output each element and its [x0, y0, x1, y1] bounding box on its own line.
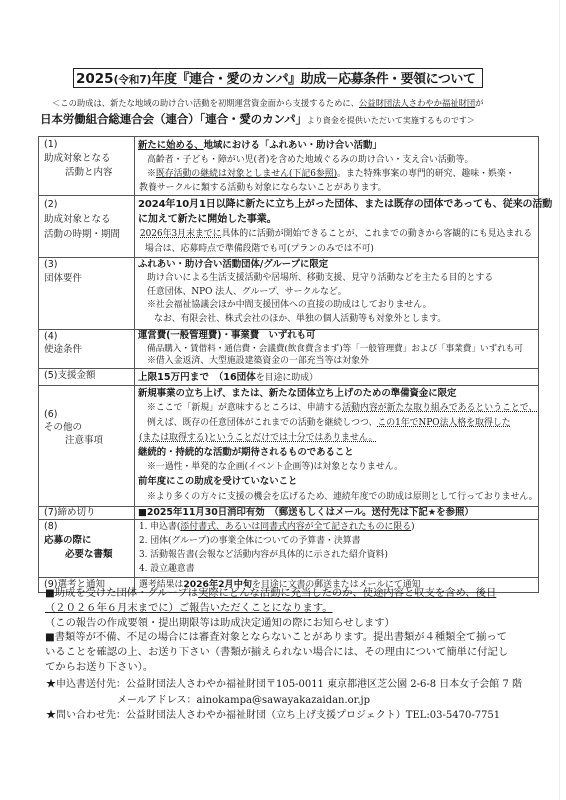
document-item: 1. 申込書(	[139, 522, 180, 532]
section-label-line: 助成対象となる	[44, 212, 134, 227]
section-content-3: ふれあい・助け合い活動団体/グループに限定 助け合いによる生活支援活動や居場所、…	[135, 258, 539, 330]
intro-organization: 公益財団法人さわやか福祉財団	[359, 98, 475, 108]
required-document-2: 2. 団体(グループ)の事業全体についての予算書・決算書	[138, 534, 538, 548]
underlined-text: 実際にどんな活動に充当したのか、使途内容と収支を含め、後日	[198, 587, 496, 599]
section-content-2: 2024年10月1日以降に新たに立ち上がった団体、または既存の団体であっても、従…	[135, 196, 539, 258]
section-row-6: (6) その他の 注意事項 新規事業の立ち上げ、または、新たな団体立ち上げのため…	[39, 385, 539, 506]
section-number: (8)	[44, 520, 134, 534]
section-text: 高齢者・子ども・障がい児(者)を含めた地域ぐるみの助け合い・支え合い活動等。	[138, 153, 538, 167]
section-label-1: (1) 助成対象となる 活動と内容	[39, 137, 135, 196]
section-heading: ふれあい・助け合い活動団体/グループに限定	[138, 258, 538, 272]
documents-note: ■書類等が不備、不足の場合には審査対象とならないことがあります。提出書類が４種類…	[45, 630, 508, 645]
document-title: 2025(令和7)年度『連合・愛のカンパ』助成－応募条件・要領について	[73, 68, 483, 88]
underlined-text: 既存活動の継続は対象としません(下記6参照)	[156, 169, 337, 179]
section-label-line: 活動と内容	[44, 166, 134, 180]
contact-label: メールアドレス：	[117, 695, 197, 706]
report-note: ■助成を受けた団体・グループは実際にどんな活動に充当したのか、使途内容と収支を含…	[45, 586, 508, 601]
section-content-7: ■2025年11月30日消印有効 （郵送もしくはメール。送付先は下記★を参照）	[135, 506, 539, 519]
contacts-block: ★申込書送付先：公益財団法人さわやか福祉財団〒105-0011 東京都港区芝公園…	[46, 677, 522, 724]
section-row-3: (3) 団体要件 ふれあい・助け合い活動団体/グループに限定 助け合いによる生活…	[39, 258, 539, 330]
contact-value: 公益財団法人さわやか福祉財団（立ち上げ支援プロジェクト）TEL:03-5470-…	[126, 710, 500, 721]
section-content-4: 運営費(一般管理費)・事業費 いずれも可 備品購入・賃借料・通信費・会議費(飲食…	[135, 330, 539, 369]
required-document-4: 4. 設立趣意書	[138, 562, 538, 576]
section-note: ※一過性・単発的な企画(イベント企画等)は対象となりません。	[138, 460, 538, 475]
intro-text: より資金を提供いただいて実施するものです＞	[307, 116, 475, 125]
notes-block: ■助成を受けた団体・グループは実際にどんな活動に充当したのか、使途内容と収支を含…	[45, 586, 508, 675]
section-text: 助け合いによる生活支援活動や居場所、移動支援、見守り活動などを主たる目的とする	[138, 272, 538, 286]
note-text: 。また特殊事案の専門的研究、趣味・娯楽・	[337, 169, 515, 179]
section-label-2: (2) 助成対象となる 活動の時期・期間	[39, 196, 135, 258]
section-row-8: (8) 応募の際に 必要な書類 1. 申込書(添付書式、あるいは同書式内容が全て…	[39, 519, 539, 577]
support-amount: 上限15万円まで （16団体を目途に助成）	[138, 369, 538, 385]
section-label-line: 応募の際に	[44, 534, 134, 548]
intro-text: ＜この助成は、新たな地域の助け合い活動を初期運営資金面から支援するために、	[52, 98, 359, 108]
section-note: ※既存活動の継続は対象としません(下記6参照)。また特殊事案の専門的研究、趣味・…	[138, 167, 538, 181]
section-label-line: 活動の時期・期間	[44, 227, 134, 242]
section-heading: に加えて新たに開始した事業。	[138, 212, 538, 227]
section-text-rest: 具体的に活動が開始できることが、これまでの動きから客観的にも見込まれる	[221, 229, 532, 239]
section-text: (または取得する)ということだけでは十分ではありません。	[138, 431, 538, 446]
section-number: (1)	[44, 138, 134, 152]
note-text: ■助成を受けた団体・グループは	[45, 587, 198, 599]
underlined-text: （２０２６年６月末までに）ご報告いただくことになります。	[45, 602, 333, 614]
title-year: 2025	[76, 71, 114, 87]
section-heading: 運営費(一般管理費)・事業費 いずれも可	[138, 330, 538, 343]
underlined-text: 活動内容が新たな取り組みであるということで、	[342, 403, 537, 413]
section-note: ※ここで「新規」が意味するところは、申請する活動内容が新たな取り組みであるという…	[138, 401, 538, 416]
section-note: ※借入金返済、大型施設建築資金の一部充当等は対象外	[138, 355, 538, 368]
section-label-5: (5)支援金額	[39, 368, 135, 385]
section-label-line: 団体要件	[44, 272, 134, 286]
section-label-7: (7)締め切り	[39, 506, 135, 519]
section-text: 教養サークルに類する活動も対象にならないことがあります。	[138, 181, 538, 195]
section-text: 2026年3月末までに具体的に活動が開始できることが、これまでの動きから客観的に…	[138, 227, 538, 242]
deadline-text: ■2025年11月30日消印有効 （郵送もしくはメール。送付先は下記★を参照）	[138, 507, 538, 519]
inquiry-contact: ★問い合わせ先：公益財団法人さわやか福祉財団（立ち上げ支援プロジェクト）TEL:…	[46, 708, 522, 724]
section-row-2: (2) 助成対象となる 活動の時期・期間 2024年10月1日以降に新たに立ち上…	[39, 196, 539, 258]
section-heading: 前年度にこの助成を受けていないこと	[138, 475, 538, 490]
section-note: なお、有限会社、株式会社のほか、単独の個人活動等も対象外とします。	[138, 313, 538, 327]
contact-value: 公益財団法人さわやか福祉財団〒105-0011 東京都港区芝公園 2-6-8 日…	[126, 679, 522, 690]
section-row-1: (1) 助成対象となる 活動と内容 新たに始める、地域における「ふれあい・助け合…	[39, 137, 539, 196]
contact-label: ★問い合わせ先：	[46, 710, 126, 721]
section-content-1: 新たに始める、地域における「ふれあい・助け合い活動」 高齢者・子ども・障がい児(…	[135, 137, 539, 196]
underlined-text: 新たに始める、	[138, 140, 204, 151]
section-label-line: 使途条件	[44, 343, 134, 356]
section-content-6: 新規事業の立ち上げ、または、新たな団体立ち上げのための準備資金に限定 ※ここで「…	[135, 385, 539, 506]
section-text: 備品購入・賃借料・通信費・会議費(飲食費含まず)等「一般管理費」および「事業費」…	[138, 343, 538, 356]
section-note: ※より多くの方々に支援の機会を広げるため、連続年度での助成は原則として行っており…	[138, 490, 538, 505]
section-number: (3)	[44, 258, 134, 272]
section-row-7: (7)締め切り ■2025年11月30日消印有効 （郵送もしくはメール。送付先は…	[39, 506, 539, 519]
heading-text: 地域における「ふれあい・助け合い活動」	[204, 140, 382, 151]
section-number: (4)	[44, 330, 134, 343]
documents-note: いることを確認の上、お送り下さい（書類が揃えられない場合には、その理由について簡…	[45, 645, 508, 660]
underlined-text: 2026年3月末までに	[140, 229, 221, 239]
intro-line-2: 日本労働組合総連合会（連合）「連合・愛のカンパ」より資金を提供いただいて実施する…	[40, 111, 475, 128]
amount-limit: 上限15万円まで （16団体	[138, 372, 256, 383]
contact-email: ainokampa@sawayakazaidan.or.jp	[197, 695, 371, 706]
section-label-4: (4) 使途条件	[39, 330, 135, 369]
section-heading: 新たに始める、地域における「ふれあい・助け合い活動」	[138, 139, 538, 153]
intro-line-1: ＜この助成は、新たな地域の助け合い活動を初期運営資金面から支援するために、公益財…	[52, 97, 483, 109]
section-label-3: (3) 団体要件	[39, 258, 135, 330]
section-text: 場合は、応募時点で準備段階でも可(プランのみでは不可)	[138, 242, 538, 257]
section-label-line: 必要な書類	[44, 548, 134, 562]
scan-edge-line	[559, 0, 560, 800]
underlined-text: この1年でNPO法人格を取得した	[377, 418, 510, 428]
section-heading: 新規事業の立ち上げ、または、新たな団体立ち上げのための準備資金に限定	[138, 387, 538, 402]
required-document-3: 3. 活動報告書(会報など活動内容が具体的に示された紹介資料)	[138, 548, 538, 562]
title-main: 年度『連合・愛のカンパ』助成－応募条件・要領について	[151, 72, 475, 87]
section-label-8: (8) 応募の際に 必要な書類	[39, 519, 135, 577]
section-row-4: (4) 使途条件 運営費(一般管理費)・事業費 いずれも可 備品購入・賃借料・通…	[39, 330, 539, 369]
report-deadline: （２０２６年６月末までに）ご報告いただくことになります。	[45, 601, 508, 616]
note-mark: ※	[147, 169, 156, 179]
intro-funder: 日本労働組合総連合会（連合）「連合・愛のカンパ」	[40, 112, 307, 126]
section-note: ※社会福祉協議会ほか中間支援団体への直接の助成はしておりません。	[138, 299, 538, 313]
section-text: 例えば、既存の任意団体がこれまでの活動を継続しつつ、この1年でNPO法人格を取得…	[138, 416, 538, 431]
conditions-table: (1) 助成対象となる 活動と内容 新たに始める、地域における「ふれあい・助け合…	[38, 136, 539, 593]
section-number: (2)	[44, 197, 134, 212]
title-era: (令和7)	[114, 74, 152, 86]
section-label-6: (6) その他の 注意事項	[39, 385, 135, 506]
section-label-line: 助成対象となる	[44, 152, 134, 166]
section-content-5: 上限15万円まで （16団体を目途に助成）	[135, 368, 539, 385]
section-text: 任意団体、NPO 法人、グループ、サークルなど。	[138, 286, 538, 300]
section-row-5: (5)支援金額 上限15万円まで （16団体を目途に助成）	[39, 368, 539, 385]
note-text: ※ここで「新規」が意味するところは、申請する	[147, 403, 342, 413]
report-guidance: （この報告の作成要領・提出期限等は助成決定通知の際にお知らせします）	[45, 616, 508, 631]
underlined-text: 添付書式、あるいは同書式内容が全て記されたものに限る	[180, 522, 411, 532]
submission-address: ★申込書送付先：公益財団法人さわやか福祉財団〒105-0011 東京都港区芝公園…	[46, 677, 522, 693]
section-heading: 継続的・持続的な活動が期待されるものであること	[138, 446, 538, 461]
note-text: 例えば、既存の任意団体がこれまでの活動を継続しつつ、	[147, 418, 377, 428]
section-number: (6)	[44, 408, 134, 421]
intro-text: が	[475, 98, 483, 108]
contact-label: ★申込書送付先：	[46, 679, 126, 690]
section-heading: 2024年10月1日以降に新たに立ち上がった団体、または既存の団体であっても、従…	[138, 197, 538, 212]
email-address: メールアドレス：ainokampa@sawayakazaidan.or.jp	[46, 693, 522, 709]
section-content-8: 1. 申込書(添付書式、あるいは同書式内容が全て記されたものに限る) 2. 団体…	[135, 519, 539, 577]
required-document-1: 1. 申込書(添付書式、あるいは同書式内容が全て記されたものに限る)	[138, 520, 538, 534]
section-label-line: 注意事項	[44, 434, 134, 447]
documents-note: てからお送り下さい）。	[45, 660, 508, 675]
document-item-end: )	[411, 522, 414, 532]
section-label-line: その他の	[44, 421, 134, 434]
amount-note: を目途に助成）	[256, 373, 318, 383]
underlined-text: (または取得する)ということだけでは十分ではありません。	[139, 433, 377, 443]
